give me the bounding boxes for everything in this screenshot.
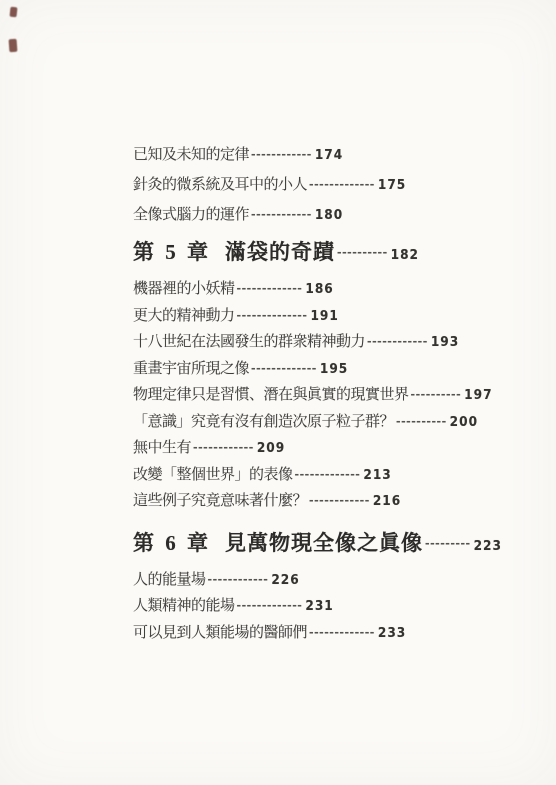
toc-entry-page-number: 209 [257,440,285,456]
toc-entry-page-number: 180 [315,207,343,223]
toc-entry-title: 「意識」究竟有沒有創造次原子粒子群？ [133,414,394,430]
toc-entry: 人類精神的能場-------------231 [133,593,533,620]
toc-entry-page-number: 195 [320,361,348,377]
red-ink-speck [9,39,18,53]
toc-entry-title: 可以見到人類能場的醫師們 [133,625,307,641]
toc-entry-title: 機器裡的小妖精 [133,281,235,297]
toc-entry: 十八世紀在法國發生的群衆精神動力------------193 [133,329,533,356]
toc-entry: 人的能量場------------226 [133,567,533,594]
toc-entry-page-number: 200 [450,414,478,430]
toc-entry: 重畫宇宙所現之像-------------195 [133,356,533,383]
toc-entry-page-number: 175 [378,177,406,193]
toc-entry-page-number: 193 [431,334,459,350]
toc-entry-page-number: 174 [315,147,343,163]
toc-entry-page-number: 191 [310,308,338,324]
toc-section: 機器裡的小妖精-------------186 更大的精神動力---------… [133,276,533,515]
toc-entry-page-number: 233 [378,625,406,641]
toc-entry-title: 改變「整個世界」的表像 [133,467,293,483]
toc-entry-title: 更大的精神動力 [133,308,235,324]
toc-entry-title: 人的能量場 [133,572,206,588]
toc-entry-title: 針灸的微系統及耳中的小人 [133,177,307,193]
dash-leader: ------------ [251,148,312,161]
toc-entry: 針灸的微系統及耳中的小人-------------175 [133,170,533,200]
dash-leader: --------- [425,537,471,550]
dash-leader: ------------ [208,573,269,586]
dash-leader: ---------- [396,415,447,428]
toc-entry: 更大的精神動力--------------191 [133,303,533,330]
toc-entry-page-number: 213 [363,467,391,483]
toc-entry-title: 已知及未知的定律 [133,147,249,163]
chapter-page-number: 223 [474,538,502,554]
dash-leader: ------------- [309,626,375,639]
dash-leader: ------------- [237,282,303,295]
dash-leader: ------------- [251,362,317,375]
toc-entry-page-number: 226 [271,572,299,588]
scanned-toc-page: 已知及未知的定律------------174 針灸的微系統及耳中的小人----… [0,0,556,785]
dash-leader: ---------- [337,246,388,259]
dash-leader: ------------- [309,178,375,191]
toc-entry-title: 無中生有 [133,440,191,456]
toc-entry-page-number: 231 [305,598,333,614]
toc-entry: 全像式腦力的運作------------180 [133,200,533,230]
toc-entry-page-number: 186 [305,281,333,297]
dash-leader: ------------- [237,599,303,612]
chapter-title: 見萬物現全像之眞像 [225,531,423,555]
dash-leader: -------------- [237,309,308,322]
chapter-5-heading: 第 5 章滿袋的奇蹟----------182 [133,236,533,268]
toc-entry-page-number: 216 [373,493,401,509]
dash-leader: ---------- [411,388,462,401]
toc-entry: 無中生有------------209 [133,435,533,462]
toc-entry: 這些例子究竟意味著什麼？------------216 [133,488,533,515]
toc-entry: 改變「整個世界」的表像-------------213 [133,462,533,489]
toc-entry: 機器裡的小妖精-------------186 [133,276,533,303]
dash-leader: ------------ [309,494,370,507]
toc-entry: 可以見到人類能場的醫師們-------------233 [133,620,533,647]
toc-entry-title: 全像式腦力的運作 [133,207,249,223]
toc-entry: 物理定律只是習慣、潛在與眞實的現實世界----------197 [133,382,533,409]
toc-section: 已知及未知的定律------------174 針灸的微系統及耳中的小人----… [133,140,533,230]
chapter-page-number: 182 [391,247,419,263]
dash-leader: ------------ [193,441,254,454]
toc-entry-title: 物理定律只是習慣、潛在與眞實的現實世界 [133,387,409,403]
toc-entry-title: 人類精神的能場 [133,598,235,614]
toc-entry-title: 十八世紀在法國發生的群衆精神動力 [133,334,365,350]
red-ink-speck [9,7,17,18]
table-of-contents: 已知及未知的定律------------174 針灸的微系統及耳中的小人----… [133,140,533,646]
dash-leader: ------------ [251,208,312,221]
dash-leader: ------------ [367,335,428,348]
chapter-title: 滿袋的奇蹟 [225,240,335,264]
toc-entry-title: 這些例子究竟意味著什麼？ [133,493,307,509]
toc-entry: 已知及未知的定律------------174 [133,140,533,170]
chapter-number-label: 第 5 章 [133,240,211,264]
chapter-6-heading: 第 6 章見萬物現全像之眞像---------223 [133,527,533,559]
toc-section: 人的能量場------------226 人類精神的能場------------… [133,567,533,647]
chapter-number-label: 第 6 章 [133,531,211,555]
toc-entry-page-number: 197 [464,387,492,403]
dash-leader: ------------- [295,468,361,481]
toc-entry: 「意識」究竟有沒有創造次原子粒子群？----------200 [133,409,533,436]
toc-entry-title: 重畫宇宙所現之像 [133,361,249,377]
